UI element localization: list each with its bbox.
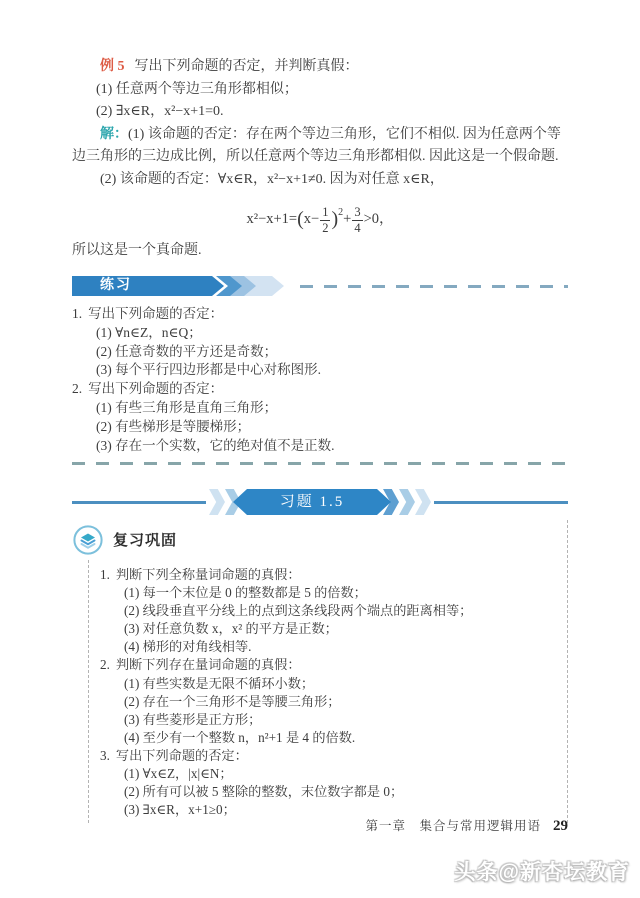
question-subitem: (1) ∀n∈Z，n∈Q； (72, 324, 568, 343)
question-subitem: (3) 对任意负数 x，x² 的平方是正数； (100, 620, 567, 638)
question-subitem: (2) 任意奇数的平方还是奇数； (72, 343, 568, 362)
question-subitem: (4) 梯形的对角线相等. (100, 638, 567, 656)
exercise-section-box: 复习巩固 1.判断下列全称量词命题的真假： (1) 每一个末位是 0 的整数都是… (88, 520, 568, 823)
formula-open-paren: ( (297, 208, 304, 230)
fraction-three-fourths: 34 (352, 206, 362, 235)
question-subitem: (1) 每一个末位是 0 的整数都是 5 的倍数； (100, 584, 567, 602)
page-footer: 第一章 集合与常用逻辑用语29 (72, 816, 568, 835)
formula-plus: + (343, 211, 351, 227)
formula-lhs: x²−x+1= (246, 211, 297, 227)
chapter-title: 第一章 集合与常用逻辑用语 (365, 819, 541, 833)
section-divider-dashed (72, 462, 568, 465)
question-subitem: (2) 有些梯形是等腰梯形； (72, 418, 568, 437)
fraction-one-half: 12 (320, 206, 330, 235)
example-5-block: 例 5写出下列命题的否定，并判断真假： (1) 任意两个等边三角形都相似； (2… (72, 56, 568, 262)
practice-banner: 练习 (72, 276, 568, 296)
layers-icon (72, 524, 104, 556)
exercise-question-2: 2.判断下列存在量词命题的真假： (1) 有些实数是无限不循环小数； (2) 存… (100, 656, 567, 746)
question-subitem: (3) 每个平行四边形都是中心对称图形. (72, 361, 568, 380)
solution-text-1: (1) 该命题的否定：存在两个等边三角形，它们不相似. 因为任意两个等边三角形的… (72, 127, 561, 165)
page-number: 29 (553, 818, 568, 834)
chevron-icon (415, 489, 431, 515)
question-subitem: (1) 有些三角形是直角三角形； (72, 399, 568, 418)
example-item-1: (1) 任意两个等边三角形都相似； (72, 79, 568, 102)
question-subitem: (3) 有些菱形是正方形； (100, 711, 567, 729)
review-section-title: 复习巩固 (113, 529, 177, 550)
question-subitem: (4) 至少有一个整数 n，n²+1 是 4 的倍数. (100, 729, 567, 747)
example-conclusion: 所以这是一个真命题. (72, 240, 568, 263)
question-subitem: (2) 存在一个三角形不是等腰三角形； (100, 693, 567, 711)
exercise-question-list: 1.判断下列全称量词命题的真假： (1) 每一个末位是 0 的整数都是 5 的倍… (89, 566, 567, 819)
watermark-text: 头条@新杏坛教育 (455, 856, 630, 886)
example-label: 例 5 (100, 59, 125, 74)
dashed-line-decoration (300, 285, 568, 288)
solution-paragraph-1: 解：(1) 该命题的否定：存在两个等边三角形，它们不相似. 因为任意两个等边三角… (72, 124, 568, 169)
question-stem: 2.判断下列存在量词命题的真假： (100, 656, 567, 674)
solution-label: 解： (100, 127, 128, 142)
review-section-header: 复习巩固 (72, 520, 222, 560)
chevron-icon (209, 489, 225, 515)
question-stem: 1.写出下列命题的否定： (72, 305, 568, 324)
practice-question-2: 2.写出下列命题的否定： (1) 有些三角形是直角三角形； (2) 有些梯形是等… (72, 380, 568, 455)
exercise-question-1: 1.判断下列全称量词命题的真假： (1) 每一个末位是 0 的整数都是 5 的倍… (100, 566, 567, 656)
exercise-question-3: 3.写出下列命题的否定： (1) ∀x∈Z，|x|∈N； (2) 所有可以被 5… (100, 747, 567, 819)
practice-banner-arrow: 练习 (72, 276, 224, 296)
exercise-badge: 习题 1.5 (206, 488, 434, 516)
question-subitem: (1) ∀x∈Z，|x|∈N； (100, 765, 567, 783)
example-item-2: (2) ∃x∈R，x²−x+1=0. (72, 101, 568, 124)
exercise-badge-label: 习题 1.5 (233, 489, 391, 515)
question-subitem: (2) 线段垂直平分线上的点到这条线段两个端点的距离相等； (100, 602, 567, 620)
example-title: 写出下列命题的否定，并判断真假： (135, 59, 359, 74)
formula-inner: x− (304, 211, 319, 227)
page-content: 例 5写出下列命题的否定，并判断真假： (1) 任意两个等边三角形都相似； (2… (72, 56, 568, 823)
formula-tail: >0， (364, 211, 394, 227)
question-stem: 3.写出下列命题的否定： (100, 747, 567, 765)
math-formula: x²−x+1=(x−12)2+34>0， (72, 198, 568, 235)
practice-question-list: 1.写出下列命题的否定： (1) ∀n∈Z，n∈Q； (2) 任意奇数的平方还是… (72, 305, 568, 455)
question-subitem: (1) 有些实数是无限不循环小数； (100, 675, 567, 693)
question-subitem: (2) 所有可以被 5 整除的整数，末位数字都是 0； (100, 783, 567, 801)
textbook-page: { "example": { "label": "例 5", "title": … (0, 0, 640, 898)
solution-paragraph-2: (2) 该命题的否定：∀x∈R，x²−x+1≠0. 因为对任意 x∈R， (72, 169, 568, 192)
question-stem: 1.判断下列全称量词命题的真假： (100, 566, 567, 584)
exercise-banner: 习题 1.5 (72, 488, 568, 516)
question-subitem: (3) 存在一个实数，它的绝对值不是正数. (72, 437, 568, 456)
practice-question-1: 1.写出下列命题的否定： (1) ∀n∈Z，n∈Q； (2) 任意奇数的平方还是… (72, 305, 568, 380)
question-stem: 2.写出下列命题的否定： (72, 380, 568, 399)
example-title-line: 例 5写出下列命题的否定，并判断真假： (72, 56, 568, 79)
chevron-icon (399, 489, 415, 515)
